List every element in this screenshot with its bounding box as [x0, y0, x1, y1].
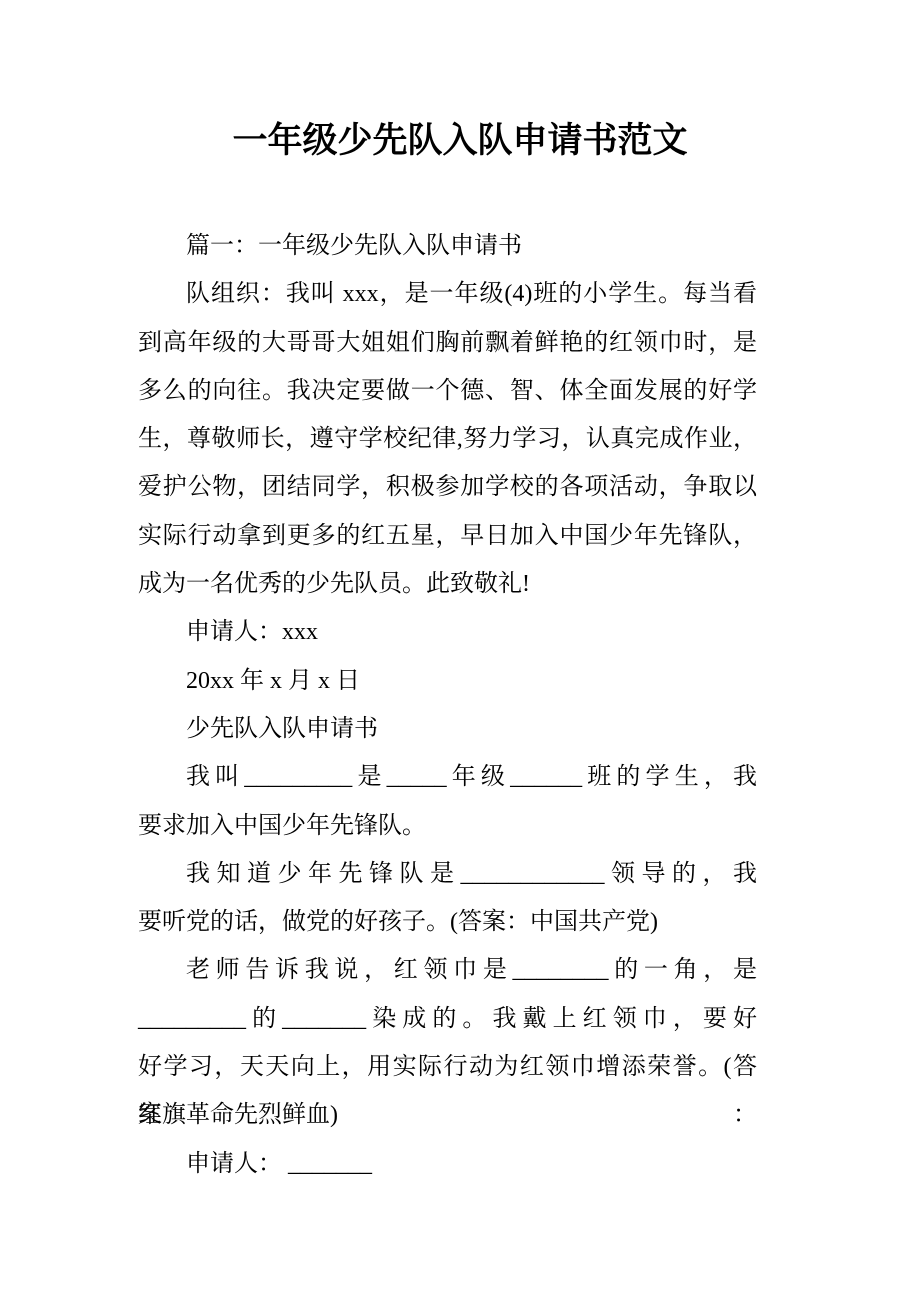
text-line: 多么的向往。我决定要做一个德、智、体全面发展的好学 — [138, 367, 757, 415]
document-page: 一年级少先队入队申请书范文 篇一：一年级少先队入队申请书队组织：我叫 xxx，是… — [0, 0, 920, 1302]
text-line: 成为一名优秀的少先队员。此致敬礼! — [138, 560, 757, 608]
text-line: 生，尊敬师长，遵守学校纪律,努力学习，认真完成作业， — [138, 415, 757, 463]
text-line: 到高年级的大哥哥大姐姐们胸前飘着鲜艳的红领巾时，是 — [138, 319, 757, 367]
text-line: 要求加入中国少年先锋队。 — [138, 802, 757, 850]
document-body: 篇一：一年级少先队入队申请书队组织：我叫 xxx，是一年级(4)班的小学生。每当… — [138, 222, 757, 1188]
text-line: 20xx 年 x 月 x 日 — [138, 657, 757, 705]
text-line: 实际行动拿到更多的红五星，早日加入中国少年先锋队， — [138, 512, 757, 560]
paragraph: 20xx 年 x 月 x 日 — [138, 657, 757, 705]
text-line: 我叫_________是_____年级______班的学生，我 — [138, 753, 757, 801]
text-line: 队组织：我叫 xxx，是一年级(4)班的小学生。每当看 — [138, 270, 757, 318]
paragraph: 我叫_________是_____年级______班的学生，我要求加入中国少年先… — [138, 753, 757, 850]
text-line: 篇一：一年级少先队入队申请书 — [138, 222, 757, 270]
text-line: 老师告诉我说，红领巾是________的一角，是 — [138, 946, 757, 994]
text-line: 申请人：xxx — [138, 608, 757, 656]
text-line: 申请人： _______ — [138, 1140, 757, 1188]
text-line: 少先队入队申请书 — [138, 705, 757, 753]
paragraph: 我知道少年先锋队是____________领导的，我要听党的话，做党的好孩子。(… — [138, 850, 757, 947]
text-line: 好学习，天天向上，用实际行动为红领巾增添荣誉。(答案： — [138, 1043, 757, 1091]
paragraph: 少先队入队申请书 — [138, 705, 757, 753]
paragraph: 队组织：我叫 xxx，是一年级(4)班的小学生。每当看到高年级的大哥哥大姐姐们胸… — [138, 270, 757, 608]
paragraph: 篇一：一年级少先队入队申请书 — [138, 222, 757, 270]
document-title: 一年级少先队入队申请书范文 — [0, 117, 920, 165]
text-line: 我知道少年先锋队是____________领导的，我 — [138, 850, 757, 898]
text-line: _________的_______染成的。我戴上红领巾，要好 — [138, 995, 757, 1043]
text-line: 爱护公物，团结同学，积极参加学校的各项活动，争取以 — [138, 463, 757, 511]
paragraph: 申请人：xxx — [138, 608, 757, 656]
paragraph: 老师告诉我说，红领巾是________的一角，是_________的______… — [138, 946, 757, 1139]
paragraph: 申请人： _______ — [138, 1140, 757, 1188]
text-line: 要听党的话，做党的好孩子。(答案：中国共产党) — [138, 898, 757, 946]
